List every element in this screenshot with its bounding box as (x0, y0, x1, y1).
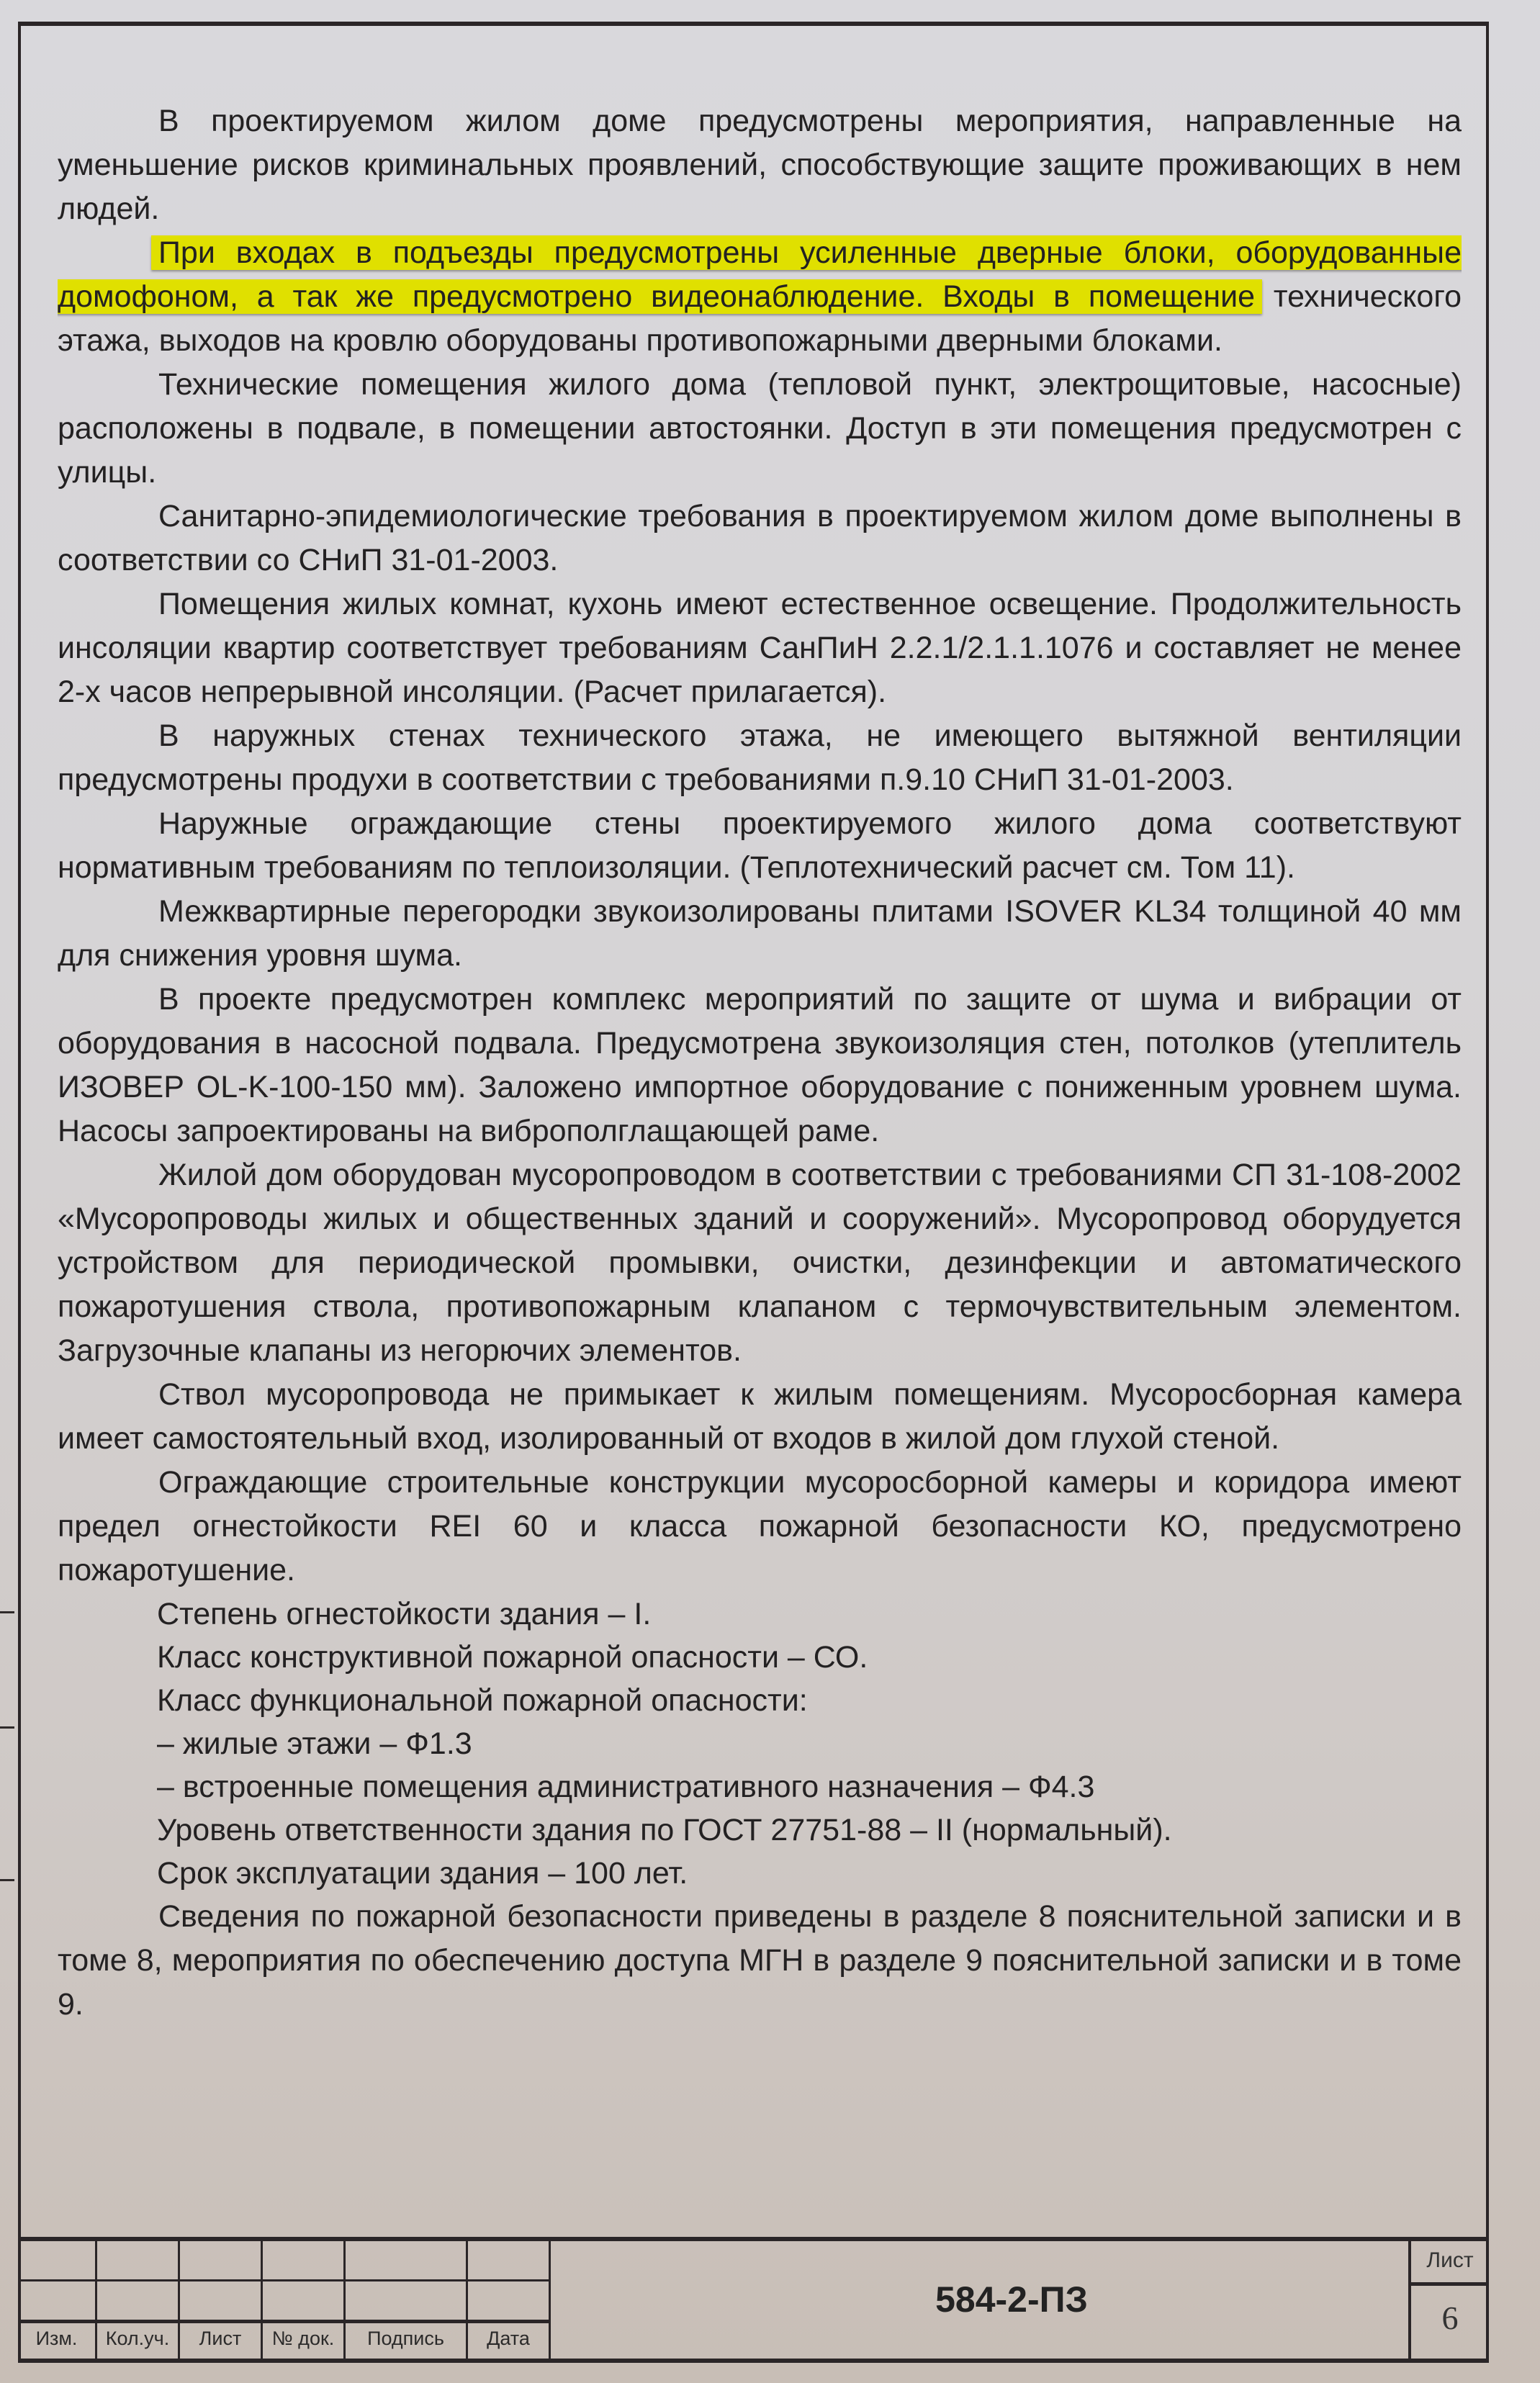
column-list: Лист (180, 2241, 263, 2359)
paragraph-garbage-chute: Жилой дом оборудован мусоропроводом в со… (58, 1153, 1462, 1373)
sheet-label: Лист (1411, 2248, 1489, 2273)
title-block: Изм. Кол.уч. Лист № док. Подпись Дата 58… (18, 2237, 1489, 2363)
paragraph-technical-rooms: Технические помещения жилого дома (тепло… (58, 363, 1462, 495)
paragraph-enclosures: Ограждающие строительные конструкции мус… (58, 1461, 1462, 1593)
highlighted-text: При входах в подъезды предусмотрены усил… (58, 235, 1462, 314)
document-code: 584-2-ПЗ (565, 2279, 1458, 2320)
paragraph-entrances: При входах в подъезды предусмотрены усил… (58, 231, 1462, 363)
paragraph-fire-safety-references: Сведения по пожарной безопасности привед… (58, 1895, 1462, 2027)
service-life: Срок эксплуатации здания – 100 лет. (58, 1852, 1462, 1895)
document-body: В проектируемом жилом доме предусмотрены… (58, 99, 1462, 2027)
admin-rooms-class: – встроенные помещения административного… (58, 1765, 1462, 1808)
column-doc-number: № док. (263, 2241, 346, 2359)
sheet-box: Лист 6 (1408, 2241, 1489, 2359)
residential-floors-class: – жилые этажи – Ф1.3 (58, 1722, 1462, 1765)
responsibility-level: Уровень ответственности здания по ГОСТ 2… (58, 1808, 1462, 1852)
structural-fire-class: Класс конструктивной пожарной опасности … (58, 1636, 1462, 1679)
margin-tick (0, 1879, 14, 1881)
paragraph-insolation: Помещения жилых комнат, кухонь имеют ест… (58, 582, 1462, 714)
column-date: Дата (468, 2241, 551, 2359)
paragraph-chute-trunk: Ствол мусоропровода не примыкает к жилым… (58, 1373, 1462, 1461)
column-kol-uch: Кол.уч. (97, 2241, 180, 2359)
column-izm: Изм. (18, 2241, 97, 2359)
functional-fire-class: Класс функциональной пожарной опасности: (58, 1679, 1462, 1722)
fire-resistance-degree: Степень огнестойкости здания – I. (58, 1593, 1462, 1636)
paragraph-ventilation: В наружных стенах технического этажа, не… (58, 714, 1462, 802)
sheet-number: 6 (1411, 2299, 1489, 2337)
paragraph-partitions: Межквартирные перегородки звукоизолирова… (58, 890, 1462, 978)
paragraph-crime-prevention: В проектируемом жилом доме предусмотрены… (58, 99, 1462, 231)
paragraph-sanitary: Санитарно-эпидемиологические требования … (58, 495, 1462, 582)
paragraph-walls: Наружные ограждающие стены проектируемог… (58, 802, 1462, 890)
margin-tick (0, 1726, 14, 1729)
column-signature: Подпись (346, 2241, 468, 2359)
paragraph-noise: В проекте предусмотрен комплекс мероприя… (58, 978, 1462, 1153)
revision-table: Изм. Кол.уч. Лист № док. Подпись Дата (18, 2241, 551, 2359)
margin-tick (0, 1611, 14, 1613)
